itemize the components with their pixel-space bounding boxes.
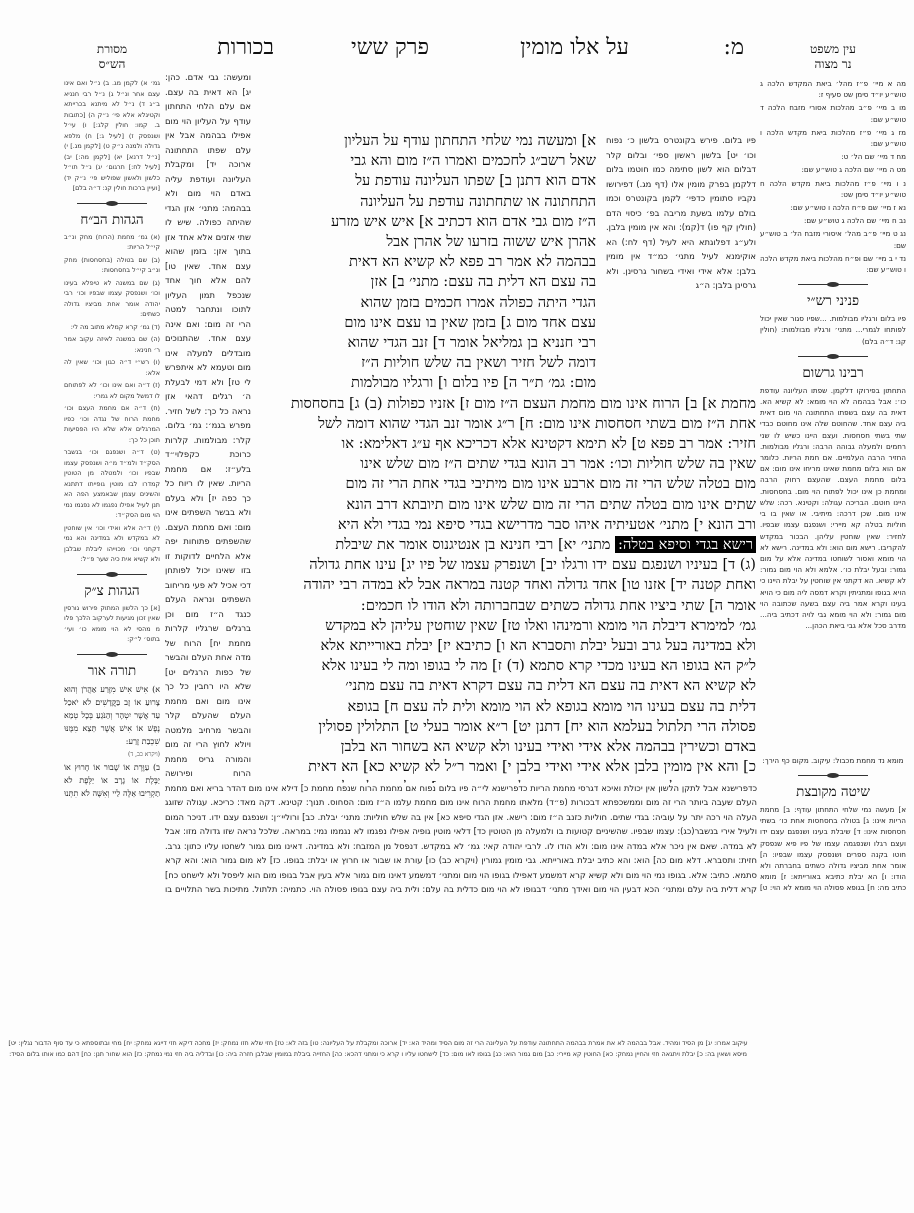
hagahot-bach-title: הגהות הב״ח bbox=[64, 210, 160, 230]
divider-ornament-icon bbox=[77, 571, 147, 579]
hagahot-bach-item: (ה) שם במשנה לאיזה עקוב אמר ר׳ חנינא: bbox=[64, 334, 160, 355]
gemara-line: רבי חנניא בן גמליאל אומר ד] זנב הגדי שהו… bbox=[256, 333, 596, 353]
gemara-line: התחתונה או שתחתונה עודפת על העליונה bbox=[256, 192, 596, 212]
gemara-line: בבהמה לא אמר רב פפא לא קשיא הא דאית bbox=[256, 252, 596, 272]
footer-notes-text: עיקוב אמרו: יג] מן הסיד ומהיד. אבל בבהמה… bbox=[8, 1039, 747, 1058]
gemara-line: שאין בה שלש חוליות וכו׳: אמר רב הונא בגד… bbox=[256, 454, 756, 474]
ein-mishpat-entry: נב ח מיי׳ שם הלכה ג טוש״ע שם: bbox=[760, 215, 906, 226]
ein-mishpat-list: מה א מיי׳ פ״ז מהל׳ ביאת המקדש הלכה ג טוש… bbox=[760, 78, 906, 275]
gemara-line: שתים אינו מום בטלה שתים הרי זה מום שלש א… bbox=[256, 495, 756, 515]
gemara-text: א] ומעשה נמי שלחי התחתון עודף על העליוןש… bbox=[256, 131, 756, 783]
gemara-line: אחת ה״ז מום בשתי חסחסות אינו מום: ח] ר״ג… bbox=[256, 414, 756, 434]
amud-label: מ: bbox=[724, 34, 744, 60]
ein-mishpat-entry: מח ד מיי׳ שם הל׳ ט: bbox=[760, 151, 906, 162]
gemara-line: דומה לשל חזיר ושאין בה שלש חוליות ה״ז bbox=[256, 353, 596, 373]
gemara-line: כ] והא אין מומין בלבן אלא אידי ואידי בלב… bbox=[256, 757, 756, 777]
torah-ohr-verse: א) אִישׁ אִישׁ מִזֶּרַע אַהֲרֹן וְהוּא צ… bbox=[64, 683, 160, 748]
gemara-line: הגדי היתה כפולה אמרו חכמים בזמן שהוא bbox=[256, 293, 596, 313]
gemara-line: ל״ק הא בגופו הא בעינו מכדי קרא סתמא (ד) … bbox=[256, 656, 756, 676]
gemara-line: שאל רשב״ג לחכמים ואמרו ה״ז מום והא גבי bbox=[256, 151, 596, 171]
gemara-line: אדם הוא דתנן ב] שפתו העליונה עודפת על bbox=[256, 171, 596, 191]
hagahot-bach-item: (א) גמ׳ מחמת (הרוח) מחק ונ״ב קי״ל הריות: bbox=[64, 232, 160, 253]
gemara-line: עצם אחד מום ג] בזמן שאין בו עצם אינו מום bbox=[256, 313, 596, 333]
torah-ohr-list: א) אִישׁ אִישׁ מִזֶּרַע אַהֲרֹן וְהוּא צ… bbox=[64, 683, 160, 803]
shita-mekubetzet-text: א] מעשה נמי שלחי התחתון עודף: ב] מחמת הר… bbox=[760, 804, 906, 892]
pninei-rashi-text: פיו בלום ורגליו מבולמות. ...שפיו סגור שא… bbox=[760, 313, 906, 347]
hagahot-bach-item: (ד) גמ׳ קרא קמלא מתוב מה לי: bbox=[64, 322, 160, 333]
masechet-title: בכורות bbox=[217, 34, 274, 60]
torah-ohr-ref: (ויקרא כב, ד) bbox=[64, 751, 160, 758]
gemara-line: ולא במדינה בעל גרב ובעל יבלת ותסברא הא ו… bbox=[256, 636, 756, 656]
gemara-line: גמ׳ למימרא דיבלת הוי מומא ורמינהו ואלו ט… bbox=[256, 616, 756, 636]
hagahot-bach-item: (ב) שם בטולה (בחסחסות) מחק ונ״ב קי״ל בחס… bbox=[64, 255, 160, 276]
torah-ohr-verse: ב) עַוֶּרֶת אוֹ שָׁבוּר אוֹ חָרוּץ אוֹ י… bbox=[64, 761, 160, 803]
rabbeinu-gershom-text: התחתון בפירוקו דלקמן. שפתו העליונה עודפת… bbox=[760, 385, 906, 755]
gemara-line: אומר ה] שתי ביציו אחת גדולה כשתים שבחברו… bbox=[256, 596, 756, 616]
perek-title: על אלו מומין bbox=[520, 34, 629, 60]
mesoret-heading: מסורת הש״ס bbox=[64, 42, 160, 72]
ein-mishpat-entry: מז ג מיי׳ פ״ז מהלכות ביאת מקדש הלכה ו טו… bbox=[760, 127, 906, 149]
rabbeinu-gershom-title: רבינו גרשום bbox=[760, 363, 906, 383]
divider-ornament-icon bbox=[798, 281, 868, 289]
gemara-line: מום: גמ׳ ת״ר ה] פיו בלום ו] ורגליו מבולמ… bbox=[256, 373, 596, 393]
gemara-line: א] ומעשה נמי שלחי התחתון עודף על העליון bbox=[256, 131, 596, 151]
ein-mishpat-entry: נג ט מיי׳ פ״ב מהל׳ איסורי מזבח הל׳ ב טוש… bbox=[760, 228, 906, 250]
ein-mishpat-title: עין משפט bbox=[760, 42, 906, 57]
gemara-line: בה עצם הא דלית בה עצם: מתני׳ ב] אזן bbox=[256, 272, 596, 292]
ein-mishpat-entry: נא ז מיי׳ שם פ״ח הלכה ו טוש״ע שם: bbox=[760, 202, 906, 213]
ein-mishpat-entry: נד י ב מיי׳ שם ופ״ח מהלכות ביאת מקדש הלכ… bbox=[760, 253, 906, 275]
gemara-line: ה״ז מום גבי אדם הוא דכתיב א] איש איש מזר… bbox=[256, 212, 596, 232]
perek-number: פרק ששי bbox=[351, 34, 429, 60]
hagahot-bach-list: (א) גמ׳ מחמת (הרוח) מחק ונ״ב קי״ל הריות:… bbox=[64, 232, 160, 565]
left-margin-column: מסורת הש״ס גמ׳ א) לקמן מג. ב) נ״ל ואם אי… bbox=[64, 42, 160, 802]
hashas-title: הש״ס bbox=[64, 57, 160, 72]
ein-mishpat-entry: מט ה מיי׳ שם הלכה ג טוש״ע שם: bbox=[760, 164, 906, 175]
ein-mishpat-entry: מה א מיי׳ פ״ז מהל׳ ביאת המקדש הלכה ג טוש… bbox=[760, 78, 906, 100]
gemara-line: דלית בה עצם בעינו הוי מומא בגופא לא הוי … bbox=[256, 697, 756, 717]
ein-mishpat-column: עין משפט נר מצוה מה א מיי׳ פ״ז מהל׳ ביאת… bbox=[760, 42, 906, 892]
hagahot-bach-item: (ג) שם במשנה לא טיפלא בעינו וכו׳ ושנפסק … bbox=[64, 278, 160, 320]
gemara-line: אהרן איש ששוה בזרעו של אהרן אבל bbox=[256, 232, 596, 252]
gemara-line: (ג) ד] בעיניו ושנפגם עצם ידו ורגלו יב] ו… bbox=[256, 555, 756, 575]
shita-mekubetzet-title: שיטה מקובצת bbox=[760, 782, 906, 802]
gemara-line: ורב הונא י] מתני׳ אטעיתיה איהו סבר מדריש… bbox=[256, 515, 756, 535]
hagahot-tzk-title: הגהות צ״ק bbox=[64, 581, 160, 601]
hagahot-bach-item: (ז) ד״ה ואם אינו וכו׳ לא לפתוחם לו דמשל … bbox=[64, 380, 160, 401]
footer-notes: עיקוב אמרו: יג] מן הסיד ומהיד. אבל בבהמה… bbox=[8, 1038, 748, 1078]
ein-mishpat-entry: נ ו מיי׳ פ״ז מהלכות ביאת מקדש הלכה ח טוש… bbox=[760, 178, 906, 200]
divider-ornament-icon bbox=[77, 200, 147, 208]
gemara-line: רישא בגדי וסיפא בטלה: מתני׳ יא] רבי חנינ… bbox=[256, 535, 756, 555]
hagahot-bach-item: (י) ד״ה אלא ואידי וכו׳ אין שוחטין לא במק… bbox=[64, 523, 160, 565]
gemara-line: לא קשיא הא דאית בה עצם הא דלית בה עצם דק… bbox=[256, 676, 756, 696]
mesoret-title: מסורת bbox=[64, 42, 160, 57]
highlighted-phrase: רישא בגדי וסיפא בטלה: bbox=[615, 536, 756, 553]
divider-ornament-icon bbox=[798, 772, 868, 780]
divider-ornament-icon bbox=[77, 651, 147, 659]
divider-ornament-icon bbox=[798, 353, 868, 361]
rabbeinu-gershom-end: מומא נד מחמת מכבול: עיקוב. מקום כף הירך: bbox=[760, 755, 906, 766]
hagahot-tzk-text: [א] כך הלשון המתוק פירוש גורסין שאין זכו… bbox=[64, 603, 160, 645]
torah-ohr-title: תורה אור bbox=[64, 661, 160, 681]
gemara-line: ואחת קטנה יד] אזנו טו] אחד גדולה ואחד קט… bbox=[256, 575, 756, 595]
ner-mitzva-title: נר מצוה bbox=[760, 57, 906, 72]
ein-mishpat-heading: עין משפט נר מצוה bbox=[760, 42, 906, 72]
gemara-line: חזיר: אמר רב פפא ט] לא תימא דקטינא אלא ד… bbox=[256, 434, 756, 454]
talmud-page: מ: על אלו מומין פרק ששי בכורות עין משפט … bbox=[0, 0, 914, 1213]
ein-mishpat-entry: מו ב מיי׳ פ״ב מהלכות אסורי מזבח הלכה ד ט… bbox=[760, 102, 906, 124]
pninei-rashi-title: פניני רש״י bbox=[760, 291, 906, 311]
gemara-line: פסולה הרי תלתול בעלמא הוא יח] דתנן יט] ר… bbox=[256, 717, 756, 737]
gemara-line: באדם וכשירין בבהמה אלא אידי ואידי בעינו … bbox=[256, 737, 756, 757]
mesoret-text: גמ׳ א) לקמן מג. ב) נ״ל ואם אינו עצם אחר … bbox=[64, 78, 160, 194]
gemara-line: בה שער הא דלית בה שער: עינו אחת גדולה וכ… bbox=[256, 778, 756, 784]
gemara-line: מום בטלה שלש הרי זה מום ארבע אינו מום מי… bbox=[256, 474, 756, 494]
hagahot-bach-item: (ט) ד״ה ושנפגם וכו׳ בנשבר הסק״ד ולמ״ד מ״… bbox=[64, 447, 160, 521]
gemara-line: מחמת א] ב] הרוח אינו מום מחמת העצם ה״ז מ… bbox=[256, 394, 756, 414]
hagahot-bach-item: (ו) רש״י ד״ה כגון וכו׳ שאין לה אלא: bbox=[64, 357, 160, 378]
hagahot-bach-item: (ח) ד״ה אם מחמת העצם וכו׳ מחמת הרוח של נ… bbox=[64, 403, 160, 445]
